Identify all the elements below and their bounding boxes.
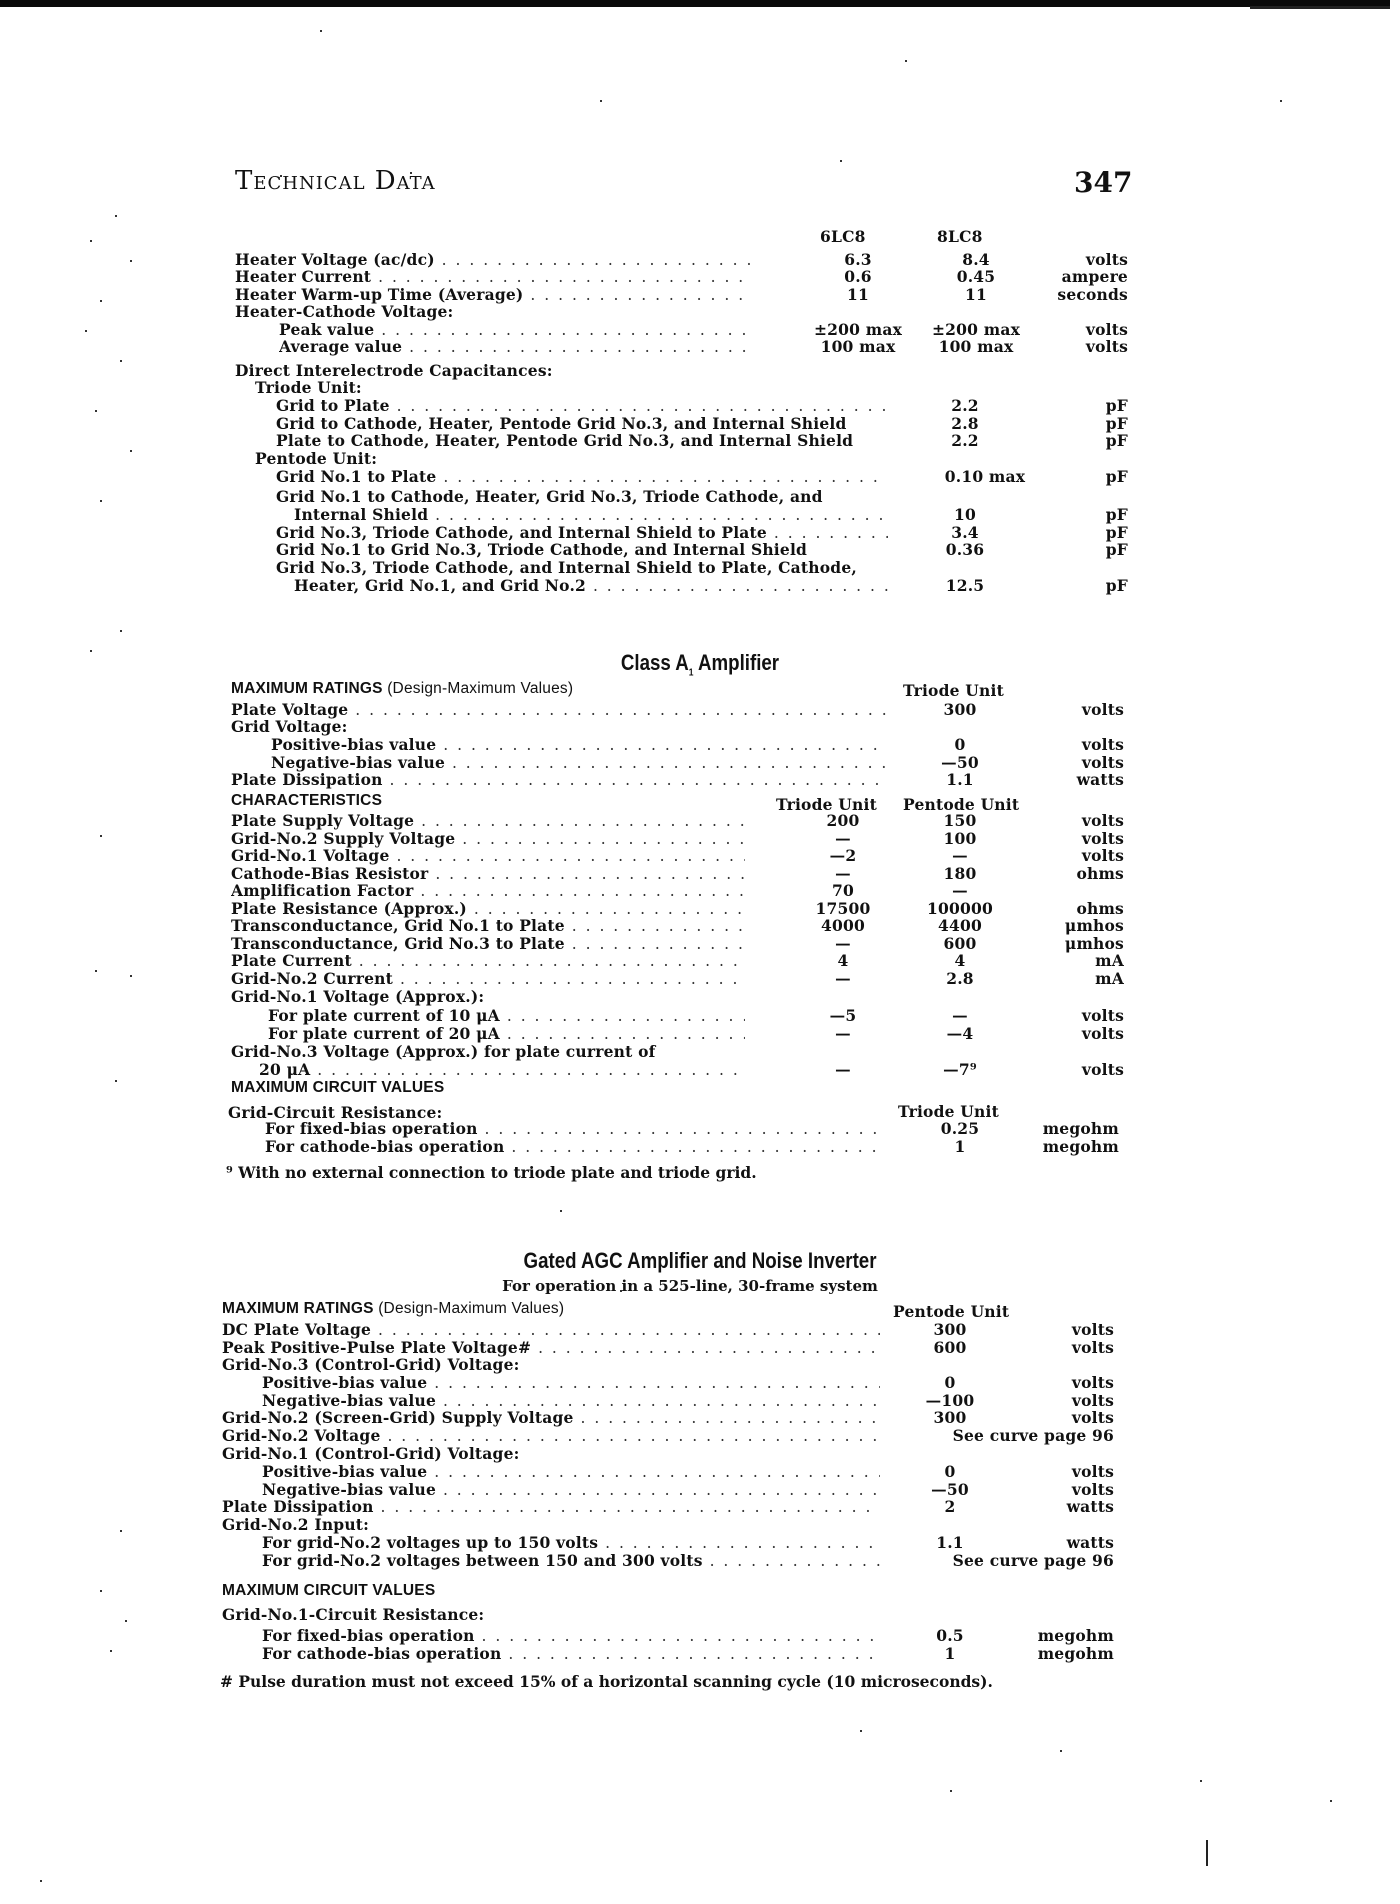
scan-top-edge-tail	[1250, 6, 1390, 9]
row-label-text: Internal Shield	[294, 506, 428, 524]
leader-dots: . . . . . . . . . . . . . . . . . . . . …	[586, 577, 888, 595]
row-label-text: Grid No.3, Triode Cathode, and Internal …	[276, 559, 857, 577]
row-label-text: Plate Current	[231, 952, 352, 970]
row-label-text: Amplification Factor	[231, 882, 413, 900]
row-label: Grid No.1 to Grid No.3, Triode Cathode, …	[276, 541, 888, 559]
leader-dots: . . . . . . . . . . . . . . . . . . . . …	[501, 1645, 880, 1663]
column-header-8lc8-text: 8LC8	[937, 228, 983, 246]
max-rating-row: Grid-No.2 (Screen-Grid) Supply Voltage .…	[0, 1409, 1400, 1427]
row-label-text: Peak value	[279, 321, 374, 339]
scan-speck	[280, 175, 282, 177]
row-label-text: Plate Resistance (Approx.)	[231, 900, 467, 918]
leader-dots: . . . . . . . . . . . . . . . . . . . . …	[402, 338, 750, 356]
leader-dots: . . . . . . . . . . . . . . . . . . . . …	[475, 1627, 880, 1645]
scan-speck	[120, 360, 122, 362]
scan-speck	[125, 1620, 127, 1622]
triode-unit-heading: Triode Unit:	[0, 379, 1400, 397]
row-label-text: Negative-bias value	[271, 754, 445, 772]
leader-dots: . . . . . . . . . . . . . . . . . . . . …	[598, 1534, 880, 1552]
row-label-text: Plate Voltage	[231, 701, 348, 719]
scan-speck	[130, 975, 132, 977]
pentode-unit-heading: Pentode Unit:	[0, 450, 1400, 468]
row-label: Grid-No.1 Voltage (Approx.):	[231, 988, 745, 1006]
value-col-2: 4400	[905, 917, 1015, 935]
row-label-text: Plate Dissipation	[222, 1498, 374, 1516]
max-rating-row: Positive-bias value . . . . . . . . . . …	[0, 1374, 1400, 1392]
value-col-2: 2.8	[905, 970, 1015, 988]
scan-speck	[860, 1730, 862, 1732]
leader-dots: . . . . . . . . . . . . . . . . . . . . …	[504, 1138, 876, 1156]
characteristic-row: Transconductance, Grid No.1 to Plate . .…	[0, 917, 1400, 935]
row-label: Grid-No.2 Voltage . . . . . . . . . . . …	[222, 1427, 880, 1445]
characteristic-row: Grid-No.2 Supply Voltage . . . . . . . .…	[0, 830, 1400, 848]
leader-dots: . . . . . . . . . . . . . . . . . . . . …	[383, 771, 888, 789]
max-rating-row: Grid-No.1 (Control-Grid) Voltage:	[0, 1445, 1400, 1463]
leader-dots: . . . . . . . . . . . . . . . . . . . . …	[428, 506, 888, 524]
row-label-text: Plate Dissipation	[231, 771, 383, 789]
row-label-text: Transconductance, Grid No.3 to Plate	[231, 935, 565, 953]
leader-dots: . . . . . . . . . . . . . . . . . . . . …	[531, 1339, 880, 1357]
value-col-1: 2.2	[910, 397, 1020, 415]
row-label-text: Heater Warm-up Time (Average)	[235, 286, 523, 304]
scan-speck	[100, 500, 102, 502]
max-rating-row: Positive-bias value . . . . . . . . . . …	[0, 736, 1400, 754]
row-label-text: Grid-No.3 Voltage (Approx.) for plate cu…	[231, 1043, 656, 1061]
scan-speck	[110, 1650, 112, 1652]
scan-speck	[950, 1790, 952, 1792]
unit-label: ohms	[1004, 865, 1124, 883]
max-rating-row: Negative-bias value . . . . . . . . . . …	[0, 754, 1400, 772]
value-col-1: —2	[788, 847, 898, 865]
scan-speck	[130, 260, 132, 262]
max-rating-row: Plate Voltage . . . . . . . . . . . . . …	[0, 701, 1400, 719]
unit-label: pF	[1008, 432, 1128, 450]
row-label: For grid-No.2 voltages up to 150 volts .…	[262, 1534, 880, 1552]
unit-label: ampere	[1008, 268, 1128, 286]
unit-label: pF	[1008, 541, 1128, 559]
leader-dots: . . . . . . . . . . . . . . . . . . . . …	[435, 251, 750, 269]
value-col-1: 0	[895, 1463, 1005, 1481]
page-number: 347	[1074, 166, 1132, 199]
row-label-text: Grid No.3, Triode Cathode, and Internal …	[276, 524, 767, 542]
leader-dots: . . . . . . . . . . . . . . . . . . . . …	[371, 1321, 880, 1339]
row-label-text: Transconductance, Grid No.1 to Plate	[231, 917, 565, 935]
leader-dots: . . . . . . . . . . . . . . . . . . . . …	[565, 935, 745, 953]
row-label: For cathode-bias operation . . . . . . .…	[262, 1645, 880, 1663]
value-col-1: 200	[788, 812, 898, 830]
row-label-text: Plate to Cathode, Heater, Pentode Grid N…	[276, 432, 853, 450]
unit-label: volts	[994, 1463, 1114, 1481]
scan-speck	[85, 330, 87, 332]
characteristic-row: Grid-No.1 Voltage . . . . . . . . . . . …	[0, 847, 1400, 865]
row-label: Heater, Grid No.1, and Grid No.2 . . . .…	[294, 577, 888, 595]
unit-label: megohm	[999, 1138, 1119, 1156]
row-label-text: Grid-No.2 Input:	[222, 1516, 369, 1534]
value-col-1: 70	[788, 882, 898, 900]
row-label: Grid to Plate . . . . . . . . . . . . . …	[276, 397, 888, 415]
row-label: Grid to Cathode, Heater, Pentode Grid No…	[276, 415, 888, 433]
characteristic-row: Grid-No.2 Current . . . . . . . . . . . …	[0, 970, 1400, 988]
row-label: Average value . . . . . . . . . . . . . …	[279, 338, 750, 356]
capacitance-row: Grid No.3, Triode Cathode, and Internal …	[0, 524, 1400, 542]
scan-speck	[130, 450, 132, 452]
leader-dots: . . . . . . . . . . . . . . . . . . . . …	[390, 847, 745, 865]
row-label-text: For fixed-bias operation	[262, 1627, 475, 1645]
row-label-text: Grid No.1 to Plate	[276, 468, 436, 486]
unit-label: megohm	[994, 1645, 1114, 1663]
row-label: Grid Voltage:	[231, 718, 888, 736]
row-label: For grid-No.2 voltages between 150 and 3…	[262, 1552, 880, 1570]
unit-label: μmhos	[1004, 917, 1124, 935]
characteristic-row: Grid-No.1 Voltage (Approx.):	[0, 988, 1400, 1006]
leader-dots: . . . . . . . . . . . . . . . . . . . . …	[523, 286, 750, 304]
class-a1-title: Class A1 Amplifier	[105, 650, 1295, 678]
unit-label: volts	[1004, 1025, 1124, 1043]
row-label: Negative-bias value . . . . . . . . . . …	[271, 754, 888, 772]
row-label: Cathode-Bias Resistor . . . . . . . . . …	[231, 865, 745, 883]
leader-dots: . . . . . . . . . . . . . . . . . . . . …	[445, 754, 888, 772]
characteristic-row: For plate current of 20 μA . . . . . . .…	[0, 1025, 1400, 1043]
heater-row: Heater Voltage (ac/dc) . . . . . . . . .…	[0, 251, 1400, 269]
row-label-text: Grid-No.1-Circuit Resistance:	[222, 1606, 484, 1624]
row-label-text: For cathode-bias operation	[265, 1138, 504, 1156]
characteristic-row: Plate Supply Voltage . . . . . . . . . .…	[0, 812, 1400, 830]
row-label: Plate Resistance (Approx.) . . . . . . .…	[231, 900, 745, 918]
scan-speck	[320, 30, 322, 32]
circuit-value-row: Grid-No.1-Circuit Resistance:	[0, 1606, 1400, 1624]
row-label-text: For grid-No.2 voltages up to 150 volts	[262, 1534, 598, 1552]
scan-speck	[1200, 1780, 1202, 1782]
value-col-1: 0.5	[895, 1627, 1005, 1645]
value-col-1: 10	[910, 506, 1020, 524]
capacitance-row: Heater, Grid No.1, and Grid No.2 . . . .…	[0, 577, 1400, 595]
row-label: Grid-No.3 (Control-Grid) Voltage:	[222, 1356, 880, 1374]
leader-dots: . . . . . . . . . . . . . . . . . . . . …	[427, 1374, 880, 1392]
unit-label: watts	[994, 1534, 1114, 1552]
scan-speck	[95, 970, 97, 972]
heater-row: Heater Current . . . . . . . . . . . . .…	[0, 268, 1400, 286]
row-label-text: For plate current of 10 μA	[268, 1007, 500, 1025]
pentode-unit-col-header-text: Pentode Unit	[893, 1303, 1009, 1321]
leader-dots: . . . . . . . . . . . . . . . . . . . . …	[436, 736, 888, 754]
row-label-text: Heater Current	[235, 268, 371, 286]
value-note: See curve page 96	[953, 1552, 1114, 1570]
value-col-1: 300	[895, 1321, 1005, 1339]
value-col-1: 12.5	[910, 577, 1020, 595]
row-label: DC Plate Voltage . . . . . . . . . . . .…	[222, 1321, 880, 1339]
row-label: For plate current of 20 μA . . . . . . .…	[268, 1025, 745, 1043]
unit-label: volts	[994, 1409, 1114, 1427]
unit-label: megohm	[999, 1120, 1119, 1138]
value-col-1: —5	[788, 1007, 898, 1025]
circuit-values-heading: MAXIMUM CIRCUIT VALUES	[0, 1582, 1400, 1600]
scan-speck	[100, 835, 102, 837]
capacitance-row: Grid to Plate . . . . . . . . . . . . . …	[0, 397, 1400, 415]
leader-dots: . . . . . . . . . . . . . . . . . . . . …	[436, 1392, 880, 1410]
page-header-title: Technical Data	[235, 166, 436, 196]
row-label-text: Grid-No.3 (Control-Grid) Voltage:	[222, 1356, 520, 1374]
circuit-values-heading: MAXIMUM CIRCUIT VALUES	[0, 1079, 1400, 1097]
scan-speck	[1330, 1800, 1332, 1802]
row-label: Grid-No.1 (Control-Grid) Voltage:	[222, 1445, 880, 1463]
value-col-1: 2	[895, 1498, 1005, 1516]
scan-speck	[115, 1080, 117, 1082]
row-label-text: Average value	[279, 338, 402, 356]
leader-dots: . . . . . . . . . . . . . . . . . . . . …	[455, 830, 745, 848]
row-label: Plate to Cathode, Heater, Pentode Grid N…	[276, 432, 888, 450]
row-label: Plate Voltage . . . . . . . . . . . . . …	[231, 701, 888, 719]
unit-label: pF	[1008, 468, 1128, 486]
leader-dots: . . . . . . . . . . . . . . . . . . . . …	[478, 1120, 876, 1138]
leader-dots: . . . . . . . . . . . . . . . . . . . . …	[413, 882, 745, 900]
unit-label: volts	[994, 1339, 1114, 1357]
value-col-1: —	[788, 1061, 898, 1079]
characteristic-row: Grid-No.3 Voltage (Approx.) for plate cu…	[0, 1043, 1400, 1061]
value-col-1: 11	[803, 286, 913, 304]
capacitance-row: Grid No.1 to Cathode, Heater, Grid No.3,…	[0, 488, 1400, 506]
triode-unit-col-header: Triode Unit	[0, 682, 1400, 700]
capacitances-heading: Direct Interelectrode Capacitances:	[0, 362, 1400, 380]
row-label: Grid No.1 to Cathode, Heater, Grid No.3,…	[276, 488, 888, 506]
value-col-2: —7⁹	[905, 1061, 1015, 1079]
unit-label: volts	[1008, 338, 1128, 356]
row-label: Plate Current . . . . . . . . . . . . . …	[231, 952, 745, 970]
circuit-value-row: For cathode-bias operation . . . . . . .…	[0, 1138, 1400, 1156]
heater-row: Peak value . . . . . . . . . . . . . . .…	[0, 321, 1400, 339]
leader-dots: . . . . . . . . . . . . . . . . . . . . …	[390, 397, 888, 415]
max-rating-row: Grid-No.2 Input:	[0, 1516, 1400, 1534]
characteristic-row: Transconductance, Grid No.3 to Plate . .…	[0, 935, 1400, 953]
max-rating-row: Grid-No.3 (Control-Grid) Voltage:	[0, 1356, 1400, 1374]
characteristic-row: Plate Resistance (Approx.) . . . . . . .…	[0, 900, 1400, 918]
value-col-1: 4	[788, 952, 898, 970]
row-label: Heater Voltage (ac/dc) . . . . . . . . .…	[235, 251, 750, 269]
max-rating-row: Peak Positive-Pulse Plate Voltage# . . .…	[0, 1339, 1400, 1357]
pentode-unit-col-header: Pentode Unit	[0, 1303, 1400, 1321]
leader-dots: . . . . . . . . . . . . . . . . . . . . …	[310, 1061, 745, 1079]
capacitance-row: Grid No.3, Triode Cathode, and Internal …	[0, 559, 1400, 577]
capacitance-row: Internal Shield . . . . . . . . . . . . …	[0, 506, 1400, 524]
scan-speck	[40, 1880, 42, 1882]
unit-label: pF	[1008, 577, 1128, 595]
row-label-text: For grid-No.2 voltages between 150 and 3…	[262, 1552, 703, 1570]
unit-label: pF	[1008, 397, 1128, 415]
characteristic-row: 20 μA . . . . . . . . . . . . . . . . . …	[0, 1061, 1400, 1079]
leader-dots: . . . . . . . . . . . . . . . . . . . . …	[436, 1481, 880, 1499]
characteristic-row: Plate Current . . . . . . . . . . . . . …	[0, 952, 1400, 970]
scan-speck	[620, 1290, 622, 1292]
scan-speck	[100, 1590, 102, 1592]
row-label: Negative-bias value . . . . . . . . . . …	[262, 1392, 880, 1410]
value-col-1: 0.6	[803, 268, 913, 286]
value-col-1: —	[788, 970, 898, 988]
value-col-2: —	[905, 882, 1015, 900]
scan-speck	[840, 160, 842, 162]
unit-label: volts	[1004, 847, 1124, 865]
value-col-1: 0.36	[910, 541, 1020, 559]
value-col-1: 1	[895, 1645, 1005, 1663]
row-label-text: Positive-bias value	[271, 736, 436, 754]
unit-label: megohm	[994, 1627, 1114, 1645]
unit-label: volts	[1004, 812, 1124, 830]
characteristic-row: Cathode-Bias Resistor . . . . . . . . . …	[0, 865, 1400, 883]
row-label: For plate current of 10 μA . . . . . . .…	[268, 1007, 745, 1025]
circuit-values-heading-text: MAXIMUM CIRCUIT VALUES	[231, 1079, 444, 1097]
leader-dots: . . . . . . . . . . . . . . . . . . . . …	[565, 917, 745, 935]
unit-label: volts	[1004, 736, 1124, 754]
max-rating-row: Plate Dissipation . . . . . . . . . . . …	[0, 1498, 1400, 1516]
value-col-2: —4	[905, 1025, 1015, 1043]
unit-label: volts	[994, 1321, 1114, 1339]
value-col-1: 300	[895, 1409, 1005, 1427]
capacitance-row: Grid No.1 to Plate . . . . . . . . . . .…	[0, 468, 1400, 486]
value-col-1: 0	[905, 736, 1015, 754]
leader-dots: . . . . . . . . . . . . . . . . . . . . …	[381, 1427, 880, 1445]
row-label: Peak value . . . . . . . . . . . . . . .…	[279, 321, 750, 339]
capacitance-row: Grid to Cathode, Heater, Pentode Grid No…	[0, 415, 1400, 433]
row-label-text: Grid-No.1 Voltage	[231, 847, 390, 865]
row-label-text: Heater, Grid No.1, and Grid No.2	[294, 577, 586, 595]
unit-label: mA	[1004, 970, 1124, 988]
row-label-text: Grid-No.2 (Screen-Grid) Supply Voltage	[222, 1409, 574, 1427]
row-label: Grid-No.1-Circuit Resistance:	[222, 1606, 880, 1624]
capacitance-row: Grid No.1 to Grid No.3, Triode Cathode, …	[0, 541, 1400, 559]
value-col-1: 0	[895, 1374, 1005, 1392]
row-label: Transconductance, Grid No.3 to Plate . .…	[231, 935, 745, 953]
row-label: For cathode-bias operation . . . . . . .…	[265, 1138, 876, 1156]
max-rating-row: For grid-No.2 voltages between 150 and 3…	[0, 1552, 1400, 1570]
leader-dots: . . . . . . . . . . . . . . . . . . . . …	[574, 1409, 880, 1427]
value-col-2: 150	[905, 812, 1015, 830]
leader-dots: . . . . . . . . . . . . . . . . . . . . …	[703, 1552, 880, 1570]
row-label-text: 20 μA	[259, 1061, 310, 1079]
row-label: Grid No.3, Triode Cathode, and Internal …	[276, 559, 888, 577]
triode-unit-col-header-text: Triode Unit	[903, 682, 1004, 700]
max-rating-row: DC Plate Voltage . . . . . . . . . . . .…	[0, 1321, 1400, 1339]
row-label-text: Grid No.1 to Cathode, Heater, Grid No.3,…	[276, 488, 823, 506]
scan-top-edge	[0, 0, 1390, 7]
circuit-value-row: For fixed-bias operation . . . . . . . .…	[0, 1627, 1400, 1645]
circuit-values-heading-text: MAXIMUM CIRCUIT VALUES	[222, 1582, 435, 1600]
row-label: For fixed-bias operation . . . . . . . .…	[262, 1627, 880, 1645]
row-label: Grid-No.3 Voltage (Approx.) for plate cu…	[231, 1043, 745, 1061]
unit-label: pF	[1008, 506, 1128, 524]
max-rating-row: Grid Voltage:	[0, 718, 1400, 736]
value-col-1: 2.2	[910, 432, 1020, 450]
gated-agc-subtitle: For operation in a 525-line, 30-frame sy…	[0, 1277, 1390, 1295]
pentode-unit-heading-text: Pentode Unit:	[255, 450, 377, 468]
row-label: Positive-bias value . . . . . . . . . . …	[262, 1463, 880, 1481]
unit-label: volts	[994, 1374, 1114, 1392]
row-label: Heater Warm-up Time (Average) . . . . . …	[235, 286, 750, 304]
max-rating-row: Negative-bias value . . . . . . . . . . …	[0, 1481, 1400, 1499]
row-label: Grid-No.2 Current . . . . . . . . . . . …	[231, 970, 745, 988]
row-label-text: Grid-No.2 Supply Voltage	[231, 830, 455, 848]
scan-speck	[120, 1530, 122, 1532]
row-label-text: Grid to Cathode, Heater, Pentode Grid No…	[276, 415, 847, 433]
value-col-1: 4000	[788, 917, 898, 935]
scan-speck	[905, 60, 907, 62]
leader-dots: . . . . . . . . . . . . . . . . . . . . …	[374, 1498, 880, 1516]
heater-row: Heater-Cathode Voltage:	[0, 303, 1400, 321]
scan-speck	[115, 215, 117, 217]
row-label-text: Negative-bias value	[262, 1392, 436, 1410]
value-col-1: 1.1	[905, 771, 1015, 789]
row-label-text: Grid Voltage:	[231, 718, 348, 736]
characteristic-row: For plate current of 10 μA . . . . . . .…	[0, 1007, 1400, 1025]
value-col-1: 300	[905, 701, 1015, 719]
row-label-text: Grid-No.1 (Control-Grid) Voltage:	[222, 1445, 520, 1463]
capacitance-row: Plate to Cathode, Heater, Pentode Grid N…	[0, 432, 1400, 450]
unit-label: watts	[994, 1498, 1114, 1516]
row-label: 20 μA . . . . . . . . . . . . . . . . . …	[259, 1061, 745, 1079]
unit-label: seconds	[1008, 286, 1128, 304]
unit-label: watts	[1004, 771, 1124, 789]
row-label: For fixed-bias operation . . . . . . . .…	[265, 1120, 876, 1138]
row-label: Plate Dissipation . . . . . . . . . . . …	[222, 1498, 880, 1516]
row-label: Negative-bias value . . . . . . . . . . …	[262, 1481, 880, 1499]
heater-row: Heater Warm-up Time (Average) . . . . . …	[0, 286, 1400, 304]
leader-dots: . . . . . . . . . . . . . . . . . . . . …	[500, 1025, 745, 1043]
scan-speck	[95, 410, 97, 412]
circuit-value-row: For fixed-bias operation . . . . . . . .…	[0, 1120, 1400, 1138]
unit-label: volts	[1004, 1007, 1124, 1025]
gated-agc-title: Gated AGC Amplifier and Noise Inverter	[105, 1248, 1295, 1274]
row-label-text: For fixed-bias operation	[265, 1120, 478, 1138]
row-label: Heater Current . . . . . . . . . . . . .…	[235, 268, 750, 286]
scan-speck	[90, 650, 92, 652]
leader-dots: . . . . . . . . . . . . . . . . . . . . …	[500, 1007, 745, 1025]
value-col-1: —	[788, 1025, 898, 1043]
row-label-text: Heater Voltage (ac/dc)	[235, 251, 435, 269]
leader-dots: . . . . . . . . . . . . . . . . . . . . …	[467, 900, 745, 918]
value-note: See curve page 96	[953, 1427, 1114, 1445]
circuit-value-row: For cathode-bias operation . . . . . . .…	[0, 1645, 1400, 1663]
row-label: Amplification Factor . . . . . . . . . .…	[231, 882, 745, 900]
row-label-text: Grid to Plate	[276, 397, 390, 415]
scan-mark	[1206, 1840, 1208, 1866]
row-label-text: Positive-bias value	[262, 1463, 427, 1481]
row-label: Plate Supply Voltage . . . . . . . . . .…	[231, 812, 745, 830]
row-label-text: Grid-No.2 Voltage	[222, 1427, 381, 1445]
max-rating-row: Plate Dissipation . . . . . . . . . . . …	[0, 771, 1400, 789]
max-rating-row: Grid-No.2 Voltage . . . . . . . . . . . …	[0, 1427, 1400, 1445]
row-label-text: DC Plate Voltage	[222, 1321, 371, 1339]
row-label-text: Peak Positive-Pulse Plate Voltage#	[222, 1339, 531, 1357]
leader-dots: . . . . . . . . . . . . . . . . . . . . …	[371, 268, 750, 286]
scan-speck	[100, 300, 102, 302]
leader-dots: . . . . . . . . . . . . . . . . . . . . …	[767, 524, 888, 542]
row-label: Heater-Cathode Voltage:	[235, 303, 750, 321]
unit-label: mA	[1004, 952, 1124, 970]
row-label-text: Grid-No.2 Current	[231, 970, 393, 988]
row-label: Grid No.3, Triode Cathode, and Internal …	[276, 524, 888, 542]
row-label-text: Grid No.1 to Grid No.3, Triode Cathode, …	[276, 541, 807, 559]
unit-label: volts	[1004, 701, 1124, 719]
leader-dots: . . . . . . . . . . . . . . . . . . . . …	[393, 970, 745, 988]
row-label-text: Positive-bias value	[262, 1374, 427, 1392]
row-label-text: Heater-Cathode Voltage:	[235, 303, 453, 321]
leader-dots: . . . . . . . . . . . . . . . . . . . . …	[374, 321, 750, 339]
row-label-text: For cathode-bias operation	[262, 1645, 501, 1663]
class-a1-footnote: ⁹ With no external connection to triode …	[226, 1163, 757, 1182]
leader-dots: . . . . . . . . . . . . . . . . . . . . …	[414, 812, 745, 830]
value-col-1: 600	[895, 1339, 1005, 1357]
heater-row: Average value . . . . . . . . . . . . . …	[0, 338, 1400, 356]
value-col-2: —	[905, 1007, 1015, 1025]
row-label: Internal Shield . . . . . . . . . . . . …	[294, 506, 888, 524]
row-label-text: Cathode-Bias Resistor	[231, 865, 428, 883]
